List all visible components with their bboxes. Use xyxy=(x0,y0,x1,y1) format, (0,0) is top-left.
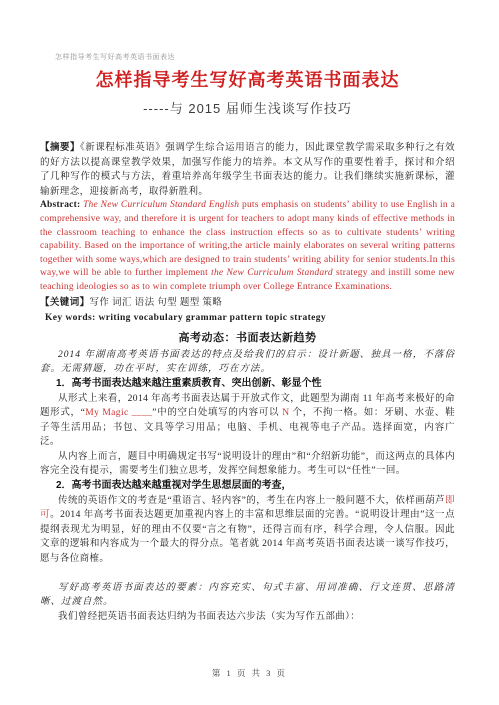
paragraph-form: 从形式上来看，2014 年高考书面表达属于开放式作文，此题型为湖南 11 年高考… xyxy=(40,392,455,450)
keywords-cn-label: 【关键词】 xyxy=(40,298,90,308)
highlight-n: N xyxy=(282,408,289,418)
document-page: 怎样指导考生写好高考英语书面表达 怎样指导考生写好高考英语书面表达 -----与… xyxy=(0,0,499,705)
abstract-en-label: Abstract: xyxy=(40,200,80,210)
keywords-cn-text: 写作 词汇 语法 句型 题型 策略 xyxy=(90,298,223,308)
abstract-cn-label: 【摘要】 xyxy=(40,143,80,153)
page-title: 怎样指导考生写好高考英语书面表达 xyxy=(40,66,455,92)
paragraph-content: 从内容上而言，题目中明确规定书写“说明设计的理由”和“介绍新功能”，而这两点的具… xyxy=(40,450,455,479)
paragraph-tradition: 传统的英语作文的考查是“重语言、轻内容”的，考生在内容上一般问题不大，依样画葫芦… xyxy=(40,494,455,567)
page-content: 怎样指导考生写好高考英语书面表达 怎样指导考生写好高考英语书面表达 -----与… xyxy=(0,0,499,624)
keywords-cn: 【关键词】写作 词汇 语法 句型 题型 策略 xyxy=(40,296,455,311)
abstract-en: Abstract: The New Curriculum Standard En… xyxy=(40,199,455,294)
abstract-cn-text: 《新课程标准英语》强调学生综合运用语言的能力，因此课堂教学需采取多种行之有效的好… xyxy=(40,143,455,197)
abstract-cn: 【摘要】《新课程标准英语》强调学生综合运用语言的能力，因此课堂教学需采取多种行之… xyxy=(40,141,455,199)
highlight-my-magic: My Magic ____ xyxy=(85,408,152,418)
blank-line xyxy=(40,567,455,581)
numbered-heading-2: 2．高考书面表达越来越重视对学生思想层面的考查， xyxy=(40,479,455,494)
section-heading: 高考动态：书面表达新趋势 xyxy=(40,329,455,345)
closing-paragraph: 我们曾经把英语书面表达归纳为书面表达六步法（实为写作五部曲）： xyxy=(40,610,455,625)
page-subtitle: -----与 2015 届师生浅谈写作技巧 xyxy=(40,98,455,117)
keywords-en-label: Key words: xyxy=(45,313,96,323)
keywords-en: Key words: writing vocabulary grammar pa… xyxy=(40,311,455,326)
keywords-en-text: writing vocabulary grammar pattern topic… xyxy=(96,313,326,323)
page-number-footer: 第 1 页 共 3 页 xyxy=(0,667,499,679)
intro-paragraph: 2014 年湖南高考英语书面表达的特点及给我们的启示：设计新题、独具一格，不落俗… xyxy=(40,348,455,377)
essentials-paragraph: 写好高考英语书面表达的要素：内容充实、句式丰富、用词准确、行文连贯、思路清晰、过… xyxy=(40,581,455,610)
running-header: 怎样指导考生写好高考英语书面表达 xyxy=(40,52,455,62)
numbered-heading-1: 1．高考书面表达越来越注重素质教育、突出创新、彰显个性 xyxy=(40,377,455,392)
